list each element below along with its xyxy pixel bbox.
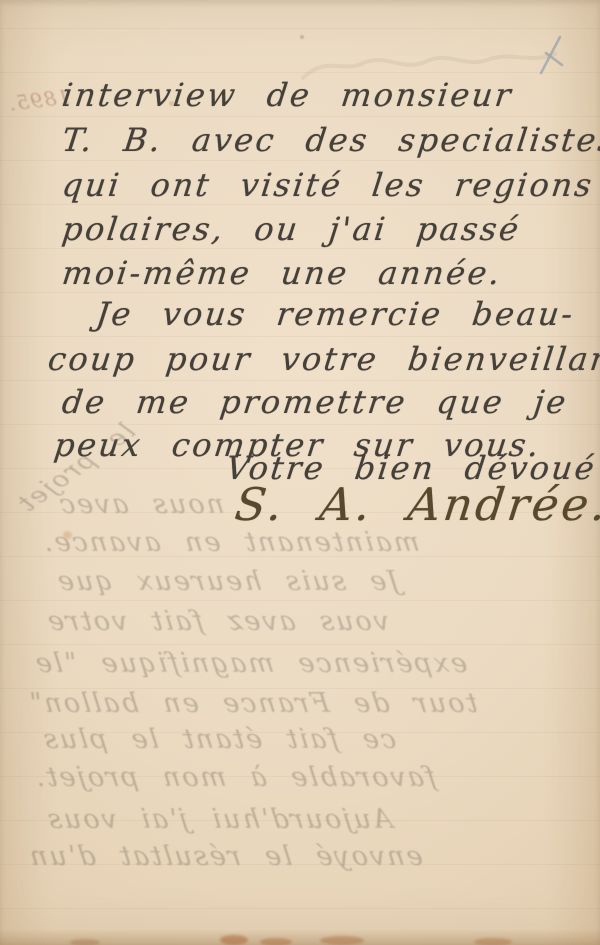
letter-page: 1895. interview de monsieur T. B. avec d… — [0, 0, 600, 945]
letter-line: T. B. avec des specialistes — [60, 121, 600, 159]
bleedthrough-line: Je suis heureux que — [54, 566, 401, 598]
letter-line: qui ont visité les regions — [60, 166, 596, 204]
letter-line: moi-même une année. — [60, 254, 504, 292]
letter-line: Je vous remercie beau- — [94, 295, 577, 333]
stain — [260, 938, 292, 945]
blue-pencil-mark — [534, 34, 568, 76]
signature: S. A. Andrée. — [232, 478, 600, 532]
letter-line: polaires, ou j'ai passé — [60, 210, 523, 248]
stain — [70, 939, 100, 945]
bleedthrough-line: ce fait étant le plus — [40, 724, 398, 756]
bleedthrough-line: favorable à mon projet. — [32, 762, 438, 794]
stain — [320, 936, 364, 945]
bleedthrough-line: maintenant en avance. — [40, 527, 421, 559]
bleedthrough-line: vous avez fait votre — [44, 606, 391, 638]
bleedthrough-line: envoyé le résultat d'un — [26, 841, 424, 873]
bleedthrough-line: Aujourd'hui j'ai vous — [44, 804, 394, 836]
stain — [220, 935, 248, 945]
bleedthrough-line: tour de France en ballon" — [26, 688, 479, 720]
stain — [474, 938, 512, 945]
bleedthrough-line: nous avec — [56, 489, 226, 521]
letter-line: coup pour votre bienveillance — [46, 340, 600, 378]
bleedthrough-line: expérience magnifique "le — [32, 648, 469, 680]
letter-line: de me promettre que je — [60, 383, 570, 421]
letter-line: interview de monsieur — [60, 76, 515, 114]
